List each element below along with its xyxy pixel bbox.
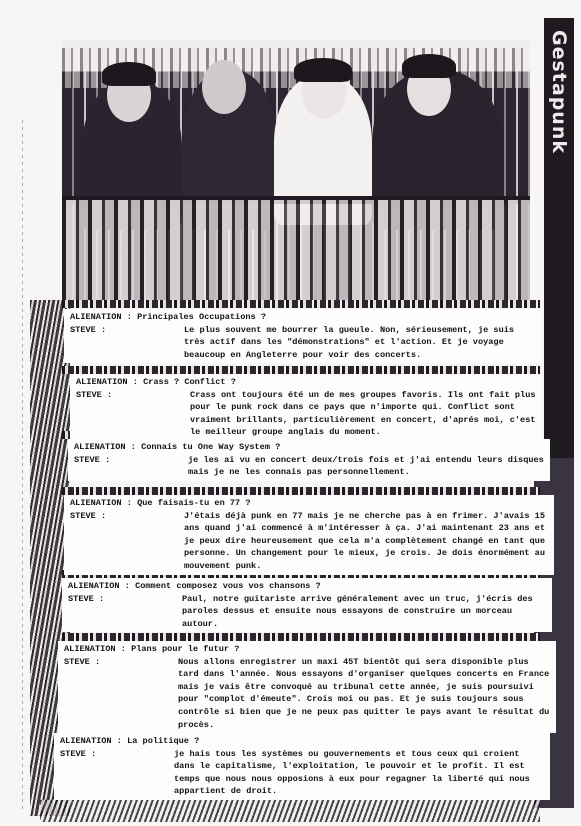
interviewee-label: STEVE : bbox=[76, 389, 190, 439]
question-text: Plans pour le futur ? bbox=[131, 643, 550, 656]
qa-block: ALIENATION : Crass ? Conflict ? STEVE :C… bbox=[70, 374, 542, 441]
hair-4 bbox=[402, 54, 456, 78]
interviewee-label: STEVE : bbox=[60, 748, 174, 798]
interviewer-label: ALIENATION : bbox=[74, 441, 136, 454]
qa-block: ALIENATION : Connais tu One Way System ?… bbox=[68, 439, 550, 481]
interviewee-label: STEVE : bbox=[70, 510, 184, 573]
answer-text: Le plus souvent me bourrer la gueule. No… bbox=[184, 324, 536, 362]
collage-divider bbox=[62, 633, 540, 641]
answer-text: Paul, notre guitariste arrive généraleme… bbox=[182, 593, 546, 631]
interviewer-label: ALIENATION : bbox=[70, 497, 132, 510]
question-text: Connais tu One Way System ? bbox=[141, 441, 544, 454]
interviewee-label: STEVE : bbox=[68, 593, 182, 631]
answer-text: Crass ont toujours été un de mes groupes… bbox=[190, 389, 536, 439]
qa-block: ALIENATION : Que faisais-tu en 77 ? STEV… bbox=[64, 495, 554, 575]
balcony-railing bbox=[62, 200, 530, 302]
band-photo bbox=[62, 40, 530, 302]
answer-text: J'étais déjà punk en 77 mais je ne cherc… bbox=[184, 510, 548, 573]
answer-text: je les ai vu en concert deux/trois fois … bbox=[188, 454, 544, 479]
qa-block: ALIENATION : Comment composez vous vos c… bbox=[62, 578, 552, 632]
margin-line bbox=[22, 120, 23, 810]
hair-1 bbox=[102, 62, 156, 86]
interviewer-label: ALIENATION : bbox=[64, 643, 126, 656]
question-text: Principales Occupations ? bbox=[137, 311, 536, 324]
interviewee-label: STEVE : bbox=[64, 656, 178, 732]
hair-3 bbox=[294, 58, 352, 82]
interviewer-label: ALIENATION : bbox=[60, 735, 122, 748]
interviewer-label: ALIENATION : bbox=[76, 376, 138, 389]
interviewee-label: STEVE : bbox=[70, 324, 184, 362]
question-text: Crass ? Conflict ? bbox=[143, 376, 536, 389]
question-text: Que faisais-tu en 77 ? bbox=[137, 497, 548, 510]
masthead-vertical-title: Gestapunk bbox=[548, 30, 570, 280]
interviewee-label: STEVE : bbox=[74, 454, 188, 479]
collage-divider bbox=[62, 300, 540, 308]
interviewer-label: ALIENATION : bbox=[68, 580, 130, 593]
face-2 bbox=[202, 60, 246, 114]
interviewer-label: ALIENATION : bbox=[70, 311, 132, 324]
qa-block: ALIENATION : Principales Occupations ? S… bbox=[64, 309, 542, 363]
collage-divider bbox=[62, 487, 540, 495]
qa-block: ALIENATION : Plans pour le futur ? STEVE… bbox=[58, 641, 556, 733]
collage-bottom-strip bbox=[40, 800, 540, 822]
qa-block: ALIENATION : La politique ? STEVE :je ha… bbox=[54, 733, 550, 800]
question-text: La politique ? bbox=[127, 735, 544, 748]
collage-divider bbox=[62, 366, 540, 374]
question-text: Comment composez vous vos chansons ? bbox=[135, 580, 546, 593]
answer-text: Nous allons enregistrer un maxi 45T bien… bbox=[178, 656, 550, 732]
answer-text: je hais tous les systèmes ou gouvernemen… bbox=[174, 748, 544, 798]
